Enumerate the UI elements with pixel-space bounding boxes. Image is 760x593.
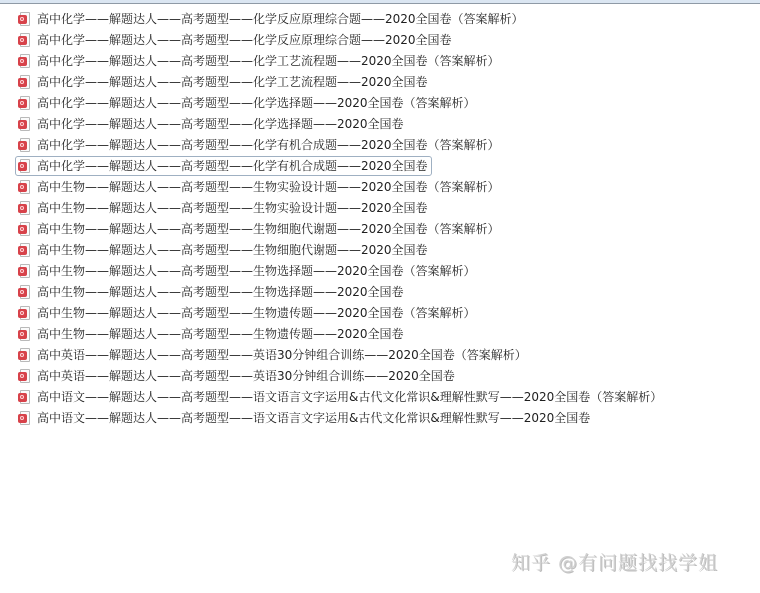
pdf-file-icon [18, 54, 31, 69]
file-name: 高中语文——解题达人——高考题型——语文语言文字运用&古代文化常识&理解性默写—… [37, 408, 590, 429]
file-name: 高中语文——解题达人——高考题型——语文语言文字运用&古代文化常识&理解性默写—… [37, 387, 662, 408]
file-name: 高中英语——解题达人——高考题型——英语30分钟组合训练——2020全国卷 [37, 366, 455, 387]
file-name: 高中化学——解题达人——高考题型——化学选择题——2020全国卷 [37, 114, 404, 135]
file-name: 高中生物——解题达人——高考题型——生物实验设计题——2020全国卷（答案解析） [37, 177, 500, 198]
file-item[interactable]: 高中生物——解题达人——高考题型——生物遗传题——2020全国卷（答案解析） [0, 303, 760, 324]
file-name: 高中化学——解题达人——高考题型——化学有机合成题——2020全国卷 [37, 156, 428, 177]
file-name: 高中化学——解题达人——高考题型——化学工艺流程题——2020全国卷（答案解析） [37, 51, 500, 72]
file-name: 高中生物——解题达人——高考题型——生物细胞代谢题——2020全国卷 [37, 240, 428, 261]
pdf-file-icon [18, 75, 31, 90]
file-item[interactable]: 高中生物——解题达人——高考题型——生物遗传题——2020全国卷 [0, 324, 760, 345]
file-list: 高中化学——解题达人——高考题型——化学反应原理综合题——2020全国卷（答案解… [0, 9, 760, 429]
pdf-file-icon [18, 33, 31, 48]
file-name: 高中化学——解题达人——高考题型——化学选择题——2020全国卷（答案解析） [37, 93, 476, 114]
file-name: 高中化学——解题达人——高考题型——化学反应原理综合题——2020全国卷 [37, 30, 452, 51]
pdf-file-icon [18, 348, 31, 363]
file-item-selected[interactable]: 高中化学——解题达人——高考题型——化学有机合成题——2020全国卷 [0, 156, 760, 177]
file-item[interactable]: 高中化学——解题达人——高考题型——化学选择题——2020全国卷（答案解析） [0, 93, 760, 114]
file-name: 高中生物——解题达人——高考题型——生物实验设计题——2020全国卷 [37, 198, 428, 219]
file-item[interactable]: 高中生物——解题达人——高考题型——生物实验设计题——2020全国卷（答案解析） [0, 177, 760, 198]
pdf-file-icon [18, 306, 31, 321]
watermark: 知乎 @有问题找找学姐 [511, 548, 718, 575]
pdf-file-icon [18, 369, 31, 384]
file-name: 高中英语——解题达人——高考题型——英语30分钟组合训练——2020全国卷（答案… [37, 345, 527, 366]
file-item[interactable]: 高中化学——解题达人——高考题型——化学工艺流程题——2020全国卷（答案解析） [0, 51, 760, 72]
file-item[interactable]: 高中生物——解题达人——高考题型——生物细胞代谢题——2020全国卷（答案解析） [0, 219, 760, 240]
file-item[interactable]: 高中生物——解题达人——高考题型——生物细胞代谢题——2020全国卷 [0, 240, 760, 261]
file-name: 高中生物——解题达人——高考题型——生物选择题——2020全国卷 [37, 282, 404, 303]
file-item[interactable]: 高中语文——解题达人——高考题型——语文语言文字运用&古代文化常识&理解性默写—… [0, 408, 760, 429]
pdf-file-icon [18, 138, 31, 153]
file-name: 高中生物——解题达人——高考题型——生物选择题——2020全国卷（答案解析） [37, 261, 476, 282]
pdf-file-icon [18, 327, 31, 342]
file-item[interactable]: 高中化学——解题达人——高考题型——化学反应原理综合题——2020全国卷（答案解… [0, 9, 760, 30]
pdf-file-icon [18, 222, 31, 237]
file-item[interactable]: 高中英语——解题达人——高考题型——英语30分钟组合训练——2020全国卷 [0, 366, 760, 387]
pdf-file-icon [18, 390, 31, 405]
pdf-file-icon [18, 12, 31, 27]
file-name: 高中化学——解题达人——高考题型——化学工艺流程题——2020全国卷 [37, 72, 428, 93]
pdf-file-icon [18, 285, 31, 300]
pdf-file-icon [18, 159, 31, 174]
pdf-file-icon [18, 264, 31, 279]
file-item[interactable]: 高中化学——解题达人——高考题型——化学反应原理综合题——2020全国卷 [0, 30, 760, 51]
pdf-file-icon [18, 96, 31, 111]
file-item[interactable]: 高中生物——解题达人——高考题型——生物选择题——2020全国卷（答案解析） [0, 261, 760, 282]
pdf-file-icon [18, 411, 31, 426]
file-item[interactable]: 高中语文——解题达人——高考题型——语文语言文字运用&古代文化常识&理解性默写—… [0, 387, 760, 408]
file-name: 高中化学——解题达人——高考题型——化学有机合成题——2020全国卷（答案解析） [37, 135, 500, 156]
file-item[interactable]: 高中化学——解题达人——高考题型——化学有机合成题——2020全国卷（答案解析） [0, 135, 760, 156]
file-name: 高中生物——解题达人——高考题型——生物细胞代谢题——2020全国卷（答案解析） [37, 219, 500, 240]
pdf-file-icon [18, 180, 31, 195]
file-name: 高中生物——解题达人——高考题型——生物遗传题——2020全国卷 [37, 324, 404, 345]
file-item[interactable]: 高中化学——解题达人——高考题型——化学选择题——2020全国卷 [0, 114, 760, 135]
window-top-edge [0, 0, 760, 4]
file-item[interactable]: 高中生物——解题达人——高考题型——生物选择题——2020全国卷 [0, 282, 760, 303]
file-name: 高中化学——解题达人——高考题型——化学反应原理综合题——2020全国卷（答案解… [37, 9, 524, 30]
file-item[interactable]: 高中化学——解题达人——高考题型——化学工艺流程题——2020全国卷 [0, 72, 760, 93]
file-name: 高中生物——解题达人——高考题型——生物遗传题——2020全国卷（答案解析） [37, 303, 476, 324]
pdf-file-icon [18, 117, 31, 132]
pdf-file-icon [18, 243, 31, 258]
file-item[interactable]: 高中英语——解题达人——高考题型——英语30分钟组合训练——2020全国卷（答案… [0, 345, 760, 366]
pdf-file-icon [18, 201, 31, 216]
file-item[interactable]: 高中生物——解题达人——高考题型——生物实验设计题——2020全国卷 [0, 198, 760, 219]
